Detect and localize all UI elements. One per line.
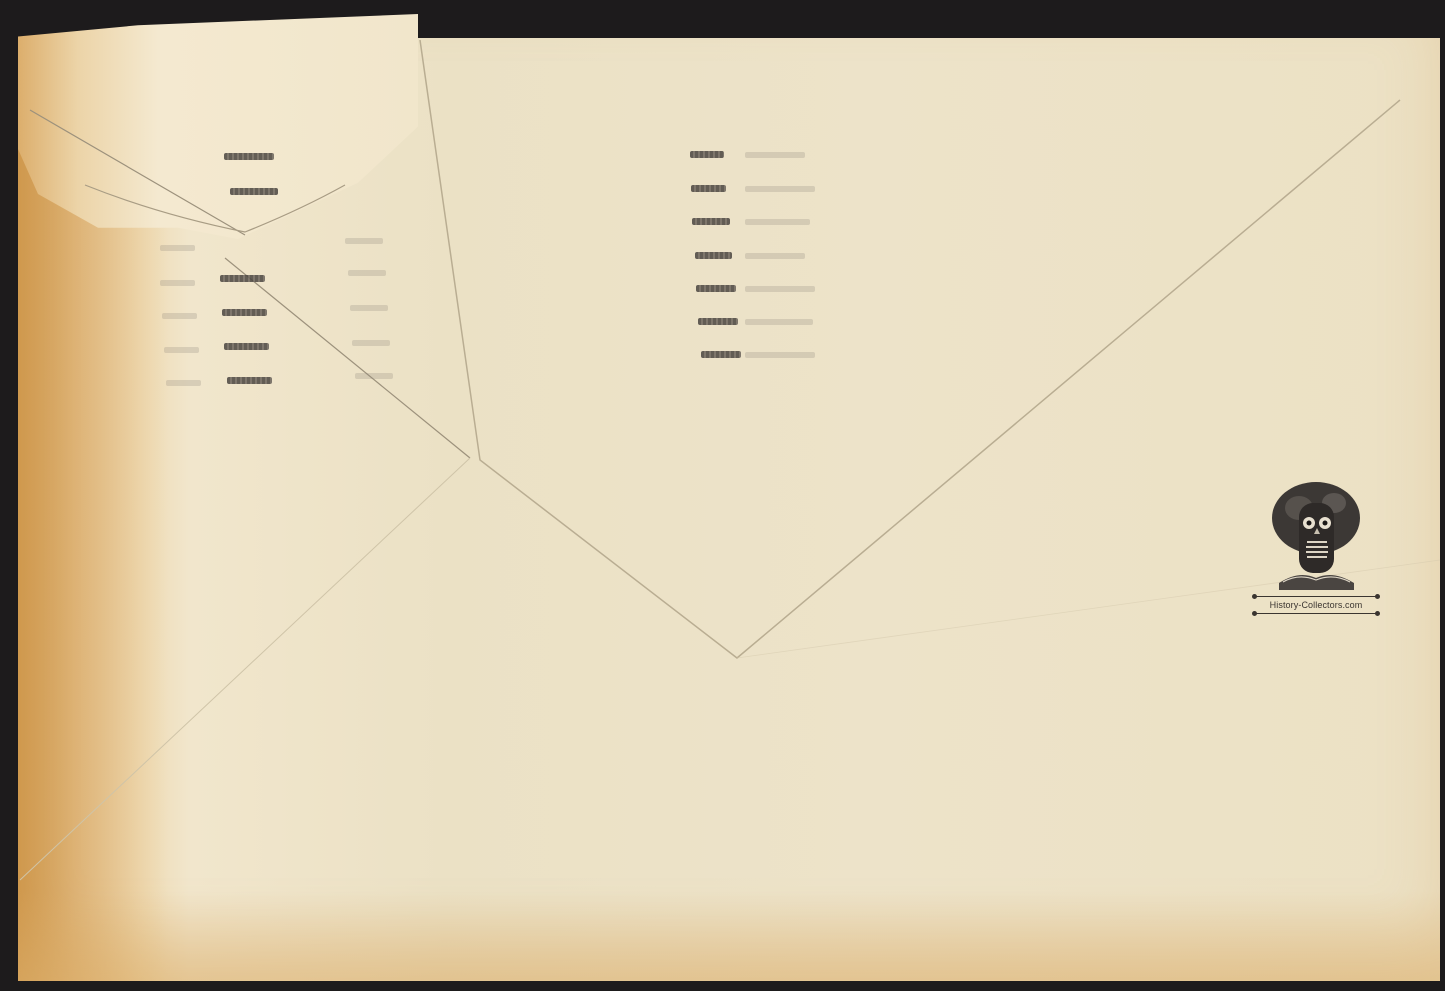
text-mark [224,343,269,350]
text-mark-faint [164,347,199,353]
divider-top [1256,596,1376,597]
text-mark [227,377,272,384]
text-mark-faint [745,253,805,259]
flap-fold-lines [0,0,1445,991]
text-mark-faint [745,219,810,225]
text-mark [692,218,730,225]
watermark: History-Collectors.com [1248,478,1384,638]
text-mark-faint [166,380,201,386]
text-mark-faint [160,245,195,251]
watermark-site-text: History-Collectors.com [1270,600,1363,610]
text-mark [220,275,265,282]
text-mark [230,188,278,195]
text-mark-faint [160,280,195,286]
text-mark [224,153,274,160]
text-mark [690,151,724,158]
text-mark [698,318,738,325]
text-mark [696,285,736,292]
text-mark-faint [345,238,383,244]
text-mark-faint [745,152,805,158]
text-mark-faint [355,373,393,379]
text-mark-faint [352,340,390,346]
text-mark-faint [745,319,813,325]
divider-bottom [1256,613,1376,614]
text-mark [222,309,267,316]
text-mark-faint [745,352,815,358]
text-mark [695,252,732,259]
text-mark-faint [745,286,815,292]
text-mark-faint [350,305,388,311]
owl-tree-icon [1269,478,1364,593]
text-mark [691,185,726,192]
text-mark-faint [745,186,815,192]
text-mark [701,351,741,358]
text-mark-faint [162,313,197,319]
text-mark-faint [348,270,386,276]
